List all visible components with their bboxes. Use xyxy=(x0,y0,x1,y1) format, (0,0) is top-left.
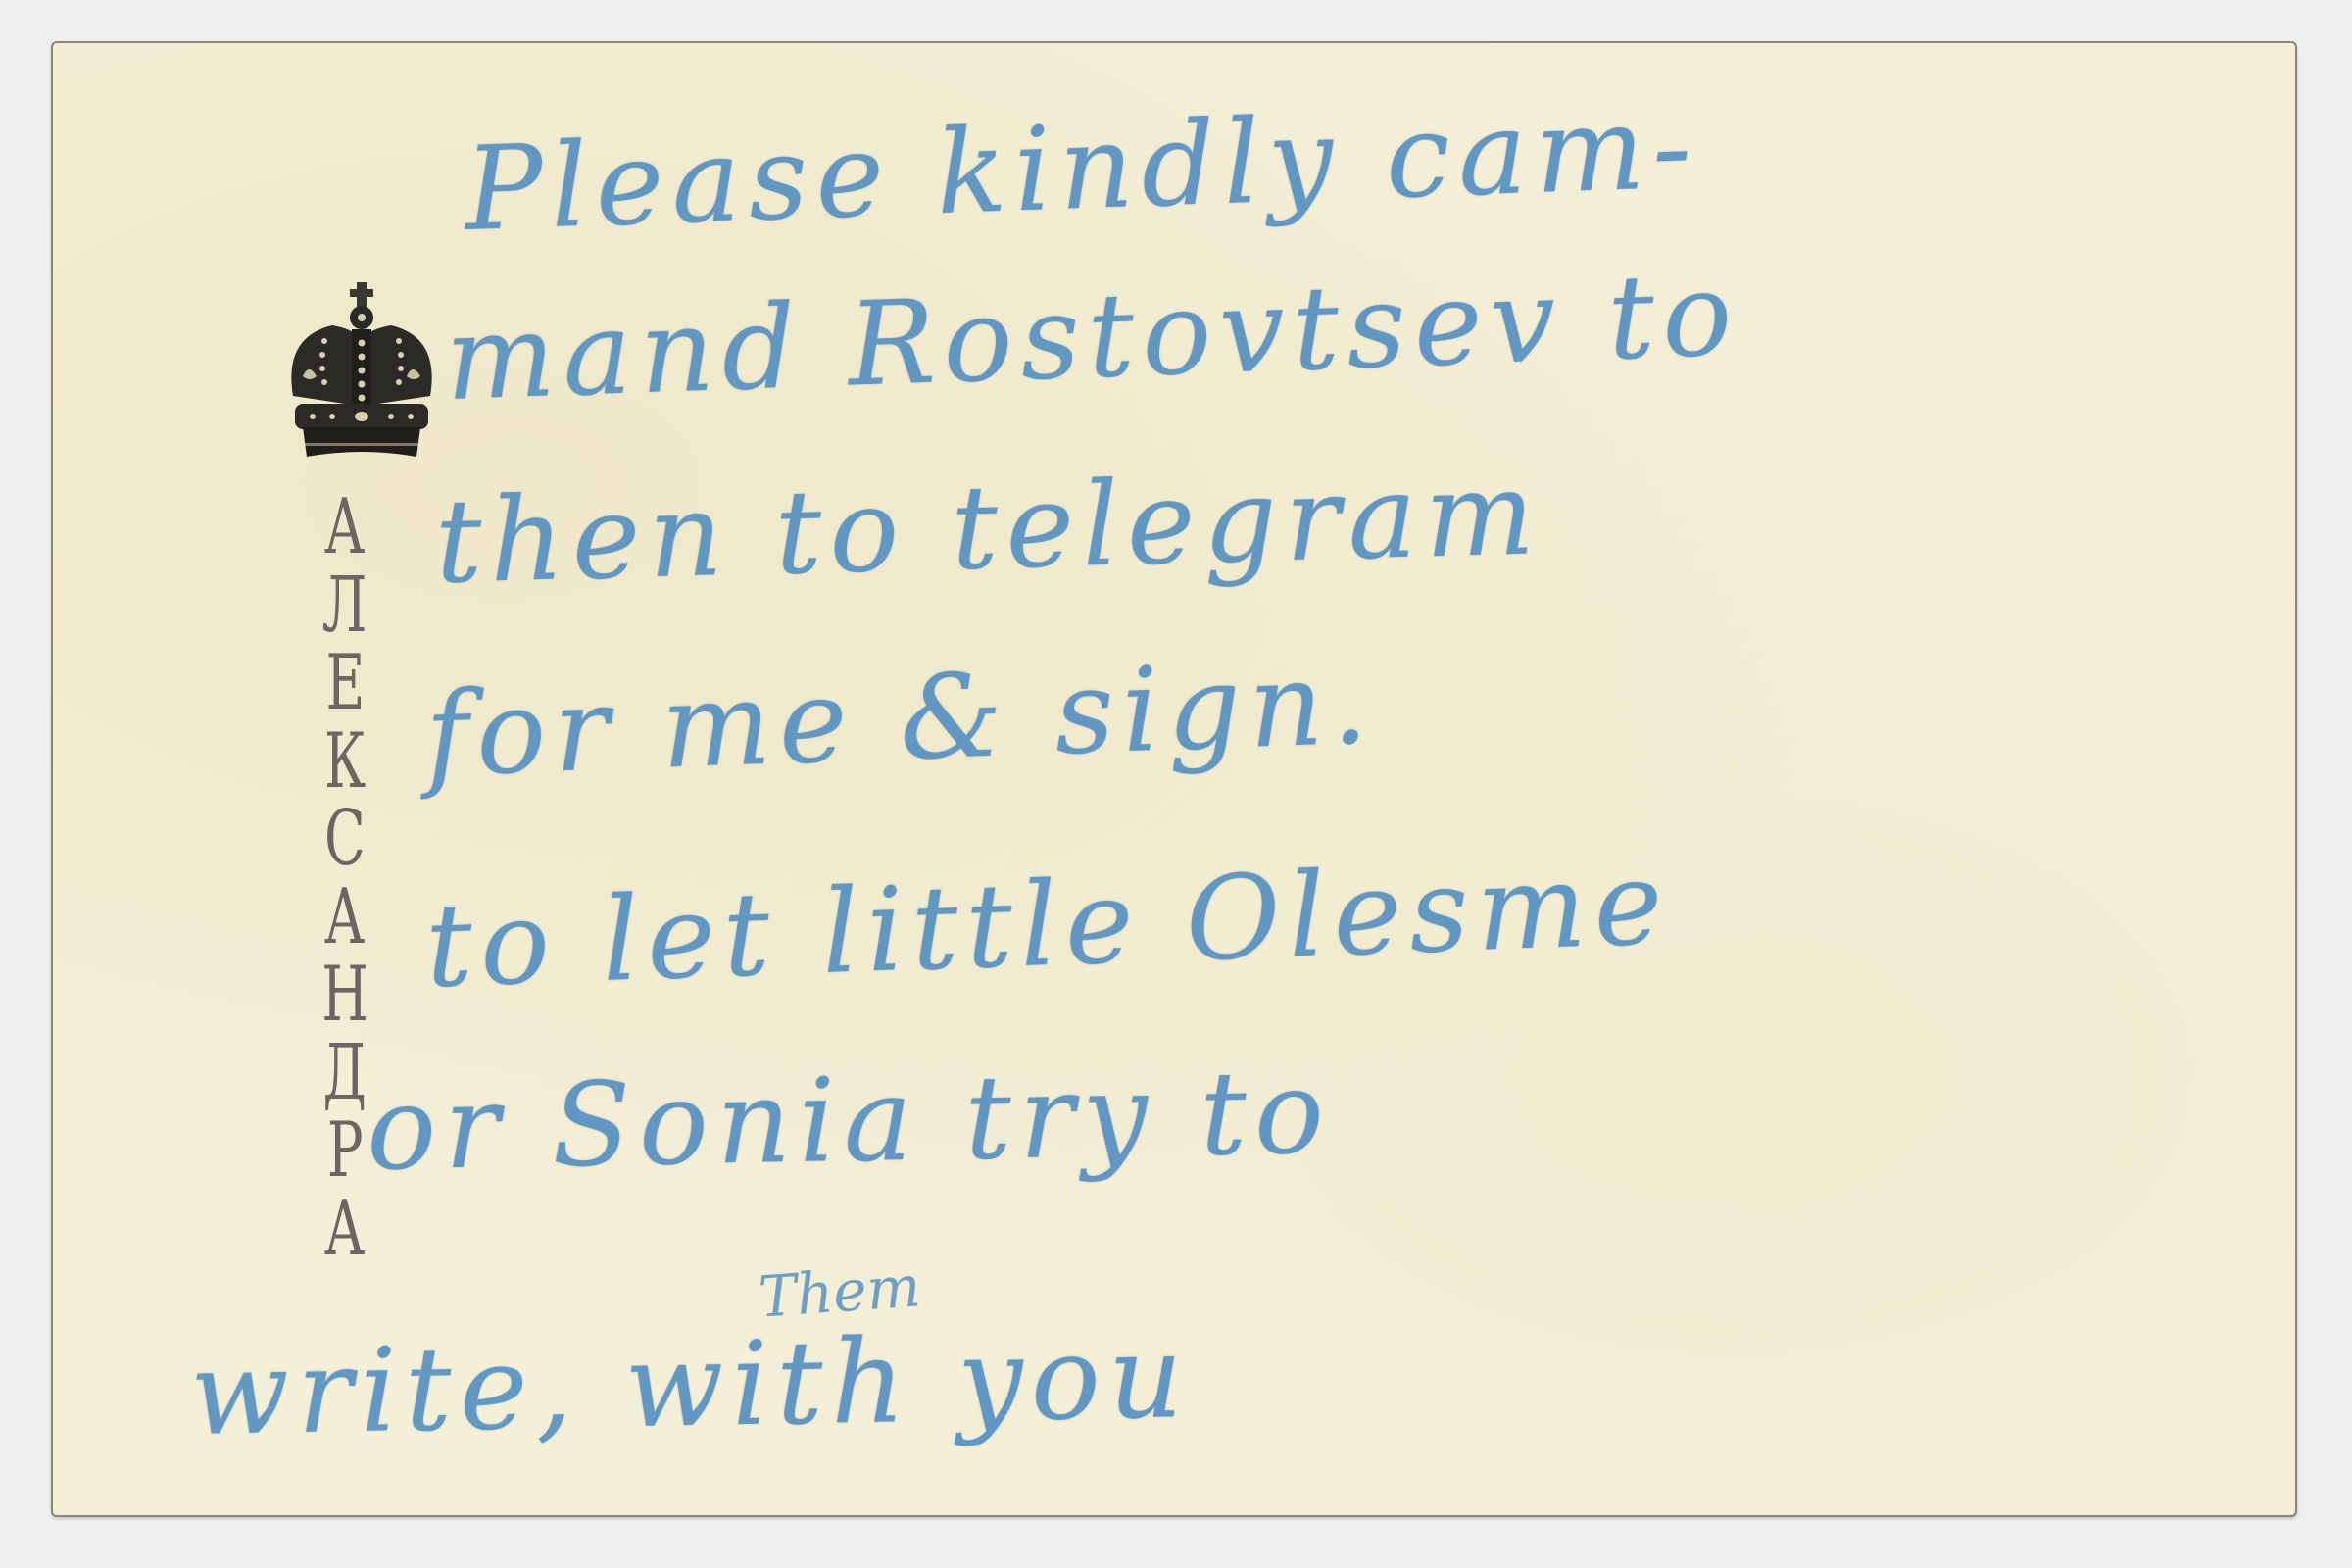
note-card: А Л Е К С А Н Д Р А Please kindly cam- m… xyxy=(51,41,2297,1517)
note-line-5: to let little Olesme xyxy=(423,835,1673,1013)
note-line-1: Please kindly cam- xyxy=(463,78,1701,257)
note-line-6: or Sonia try to xyxy=(366,1044,1333,1196)
note-line-7: write, with you xyxy=(189,1308,1192,1461)
handwritten-note: Please kindly cam- mand Rostovtsev to th… xyxy=(53,43,2295,1515)
note-line-4: for me & sign. xyxy=(423,634,1378,803)
note-line-2: mand Rostovtsev to xyxy=(443,246,1741,426)
note-line-3: then to telegram xyxy=(433,445,1543,610)
